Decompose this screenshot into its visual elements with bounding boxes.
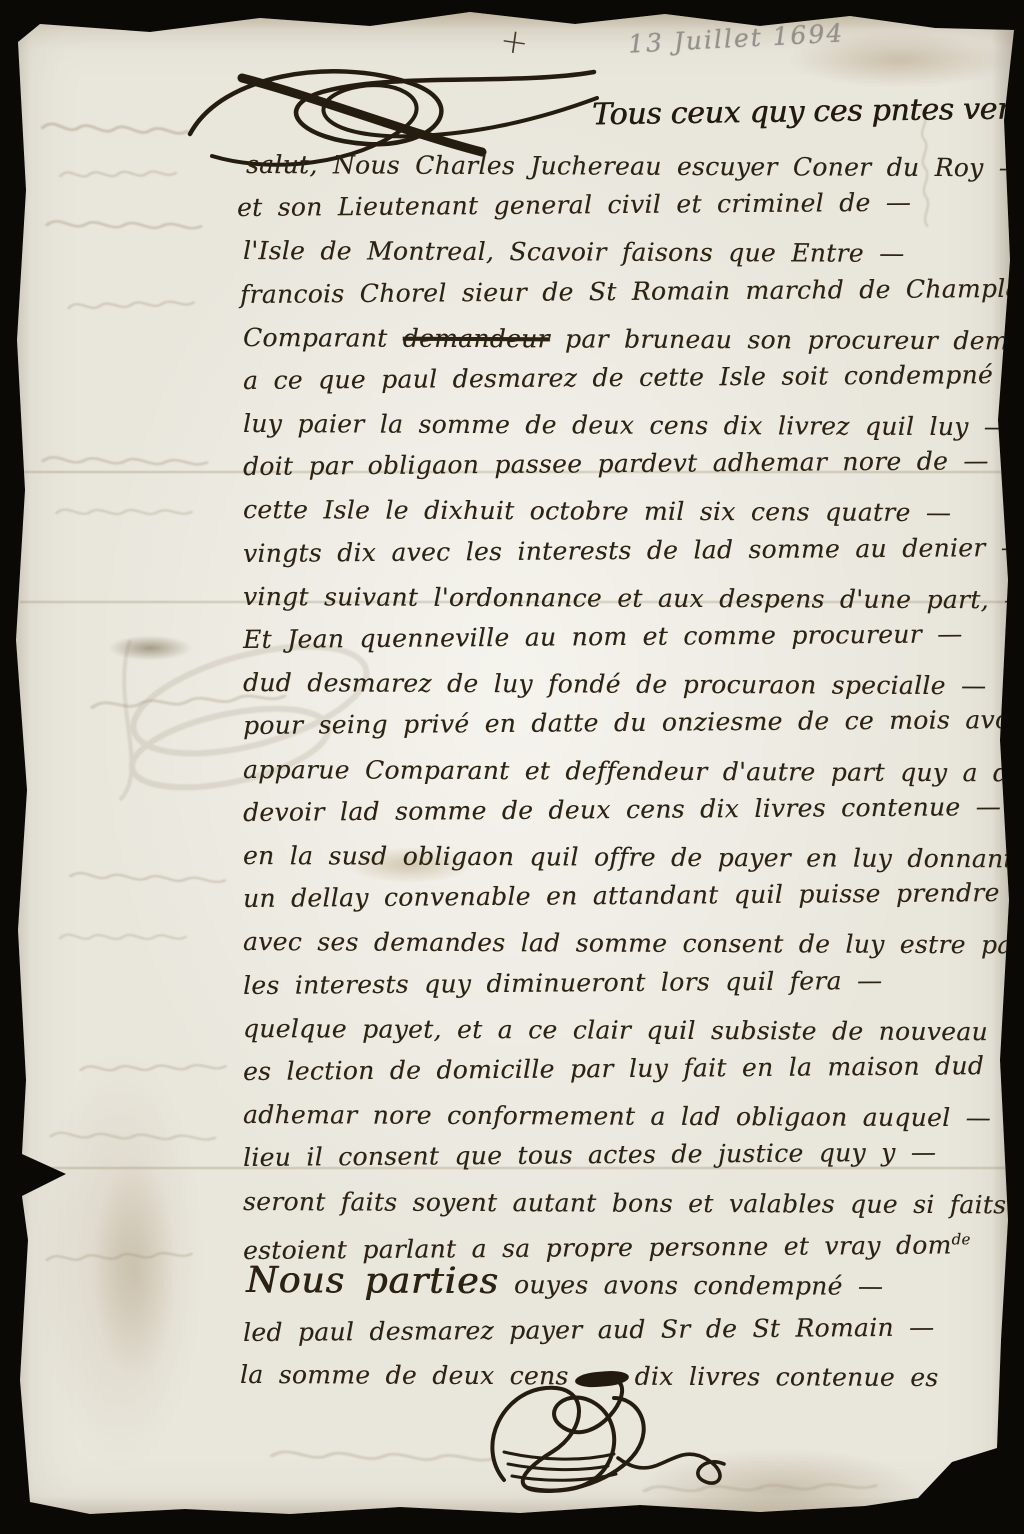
pencil-date-annotation: 13 Juillet 1694 bbox=[627, 18, 845, 58]
signature-paraph bbox=[468, 1368, 768, 1508]
manuscript-line: devoir lad somme de deux cens dix livres… bbox=[243, 792, 1001, 828]
line-lead-words: Nous parties bbox=[246, 1260, 499, 1302]
scan-background: + 13 Juillet 1694 Tous ceux quy ces pnte… bbox=[0, 0, 1024, 1534]
cross-mark: + bbox=[497, 20, 531, 64]
manuscript-line: Comparant demandeur par bruneau son proc… bbox=[243, 323, 1024, 357]
manuscript-line: lieu il consent que tous actes de justic… bbox=[243, 1138, 936, 1173]
line-text: par bruneau son procureur demandeur bbox=[550, 324, 1024, 355]
manuscript-page: + 13 Juillet 1694 Tous ceux quy ces pnte… bbox=[0, 0, 1024, 1534]
manuscript-line: en la susd obligaon quil offre de payer … bbox=[243, 841, 1024, 875]
line-text: ouyes avons condempné — bbox=[499, 1270, 884, 1301]
manuscript-line: vingt suivant l'ordonnance et aux despen… bbox=[243, 582, 1024, 615]
manuscript-line: salut, Nous Charles Juchereau escuyer Co… bbox=[246, 150, 1024, 183]
manuscript-line: vingts dix avec les interests de lad som… bbox=[243, 533, 1024, 569]
superscript-abbrev: de bbox=[951, 1230, 970, 1248]
ink-layer: + 13 Juillet 1694 Tous ceux quy ces pnte… bbox=[0, 0, 1024, 1534]
manuscript-line: doit par obligaon passee pardevt adhemar… bbox=[243, 446, 989, 482]
manuscript-line: francois Chorel sieur de St Romain march… bbox=[240, 273, 1024, 310]
manuscript-line: et son Lieutenant general civil et crimi… bbox=[237, 188, 911, 223]
struck-word: demandeur bbox=[403, 324, 550, 354]
opening-line: Tous ceux quy ces pntes verront bbox=[592, 91, 1024, 133]
manuscript-line: quelque payet, et a ce clair quil subsis… bbox=[243, 1014, 1024, 1047]
manuscript-line: l'Isle de Montreal, Scavoir faisons que … bbox=[243, 236, 905, 269]
manuscript-line: led paul desmarez payer aud Sr de St Rom… bbox=[243, 1313, 935, 1348]
manuscript-line: cette Isle le dixhuit octobre mil six ce… bbox=[243, 495, 951, 528]
manuscript-line: Nous parties ouyes avons condempné — bbox=[246, 1266, 883, 1302]
manuscript-line: adhemar nore conformement a lad obligaon… bbox=[243, 1100, 991, 1133]
manuscript-line: es lection de domicille par luy fait en … bbox=[243, 1051, 1024, 1087]
manuscript-line: apparue Comparant et deffendeur d'autre … bbox=[243, 755, 1024, 789]
manuscript-line: Et Jean quenneville au nom et comme proc… bbox=[243, 619, 963, 655]
manuscript-line: seront faits soyent autant bons et valab… bbox=[243, 1187, 1024, 1221]
manuscript-line: avec ses demandes lad somme consent de l… bbox=[243, 927, 1024, 961]
manuscript-line: les interests quy diminueront lors quil … bbox=[243, 966, 883, 1001]
manuscript-line: un dellay convenable en attandant quil p… bbox=[243, 878, 1024, 914]
line-text: Comparant bbox=[243, 323, 403, 353]
manuscript-line: luy paier la somme de deux cens dix livr… bbox=[243, 409, 1009, 442]
manuscript-line: a ce que paul desmarez de cette Isle soi… bbox=[243, 360, 1024, 396]
manuscript-line: pour seing privé en datte du onziesme de… bbox=[243, 704, 1024, 741]
manuscript-line: dud desmarez de luy fondé de procuraon s… bbox=[243, 668, 986, 701]
